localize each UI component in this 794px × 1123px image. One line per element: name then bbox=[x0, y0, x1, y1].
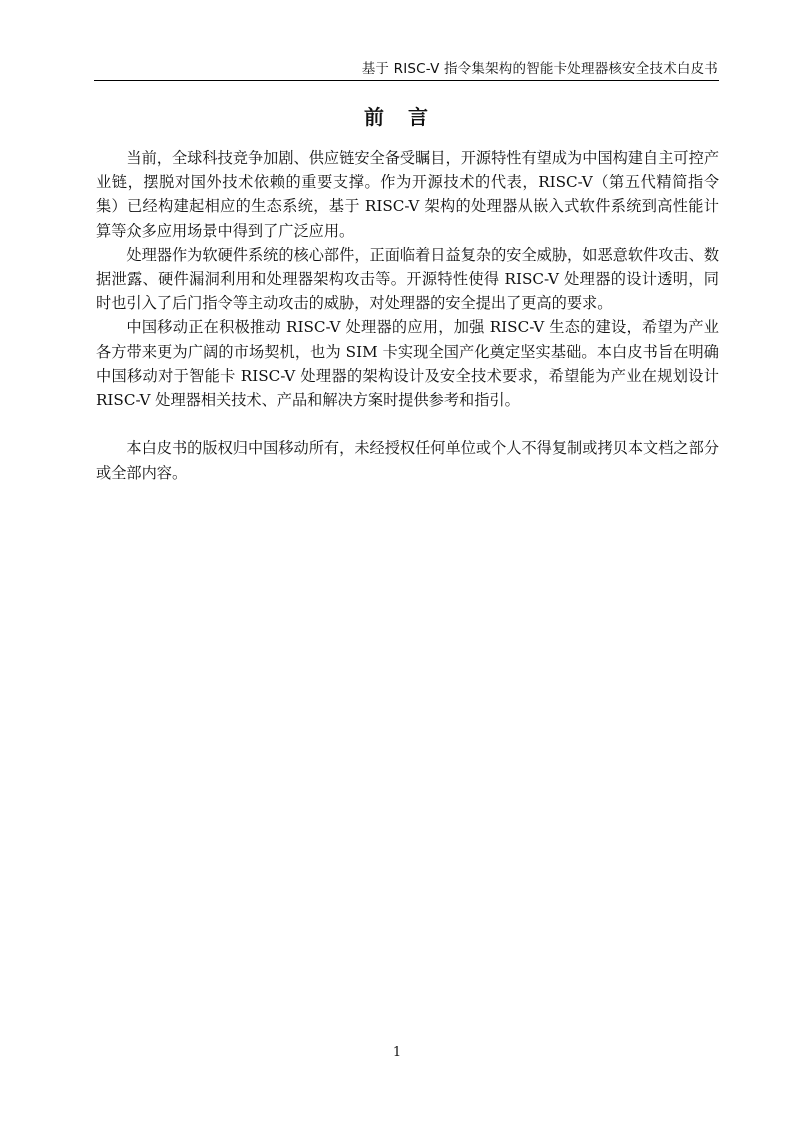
copyright-paragraph: 本白皮书的版权归中国移动所有，未经授权任何单位或个人不得复制或拷贝本文档之部分或… bbox=[96, 436, 719, 484]
paragraph-1: 当前，全球科技竞争加剧、供应链安全备受瞩目，开源特性有望成为中国构建自主可控产业… bbox=[96, 146, 719, 243]
page-title-char-1: 前 bbox=[364, 105, 386, 129]
paragraph-3: 中国移动正在积极推动 RISC-V 处理器的应用，加强 RISC-V 生态的建设… bbox=[96, 315, 719, 412]
page-title-char-2: 言 bbox=[408, 105, 430, 129]
page-title: 前言 bbox=[0, 101, 794, 130]
header-divider bbox=[94, 80, 719, 81]
running-header-title: 基于 RISC-V 指令集架构的智能卡处理器核安全技术白皮书 bbox=[362, 57, 718, 77]
page-number: 1 bbox=[0, 1045, 794, 1060]
paragraph-2: 处理器作为软硬件系统的核心部件，正面临着日益复杂的安全威胁，如恶意软件攻击、数据… bbox=[96, 243, 719, 316]
preface-body: 当前，全球科技竞争加剧、供应链安全备受瞩目，开源特性有望成为中国构建自主可控产业… bbox=[96, 146, 719, 485]
